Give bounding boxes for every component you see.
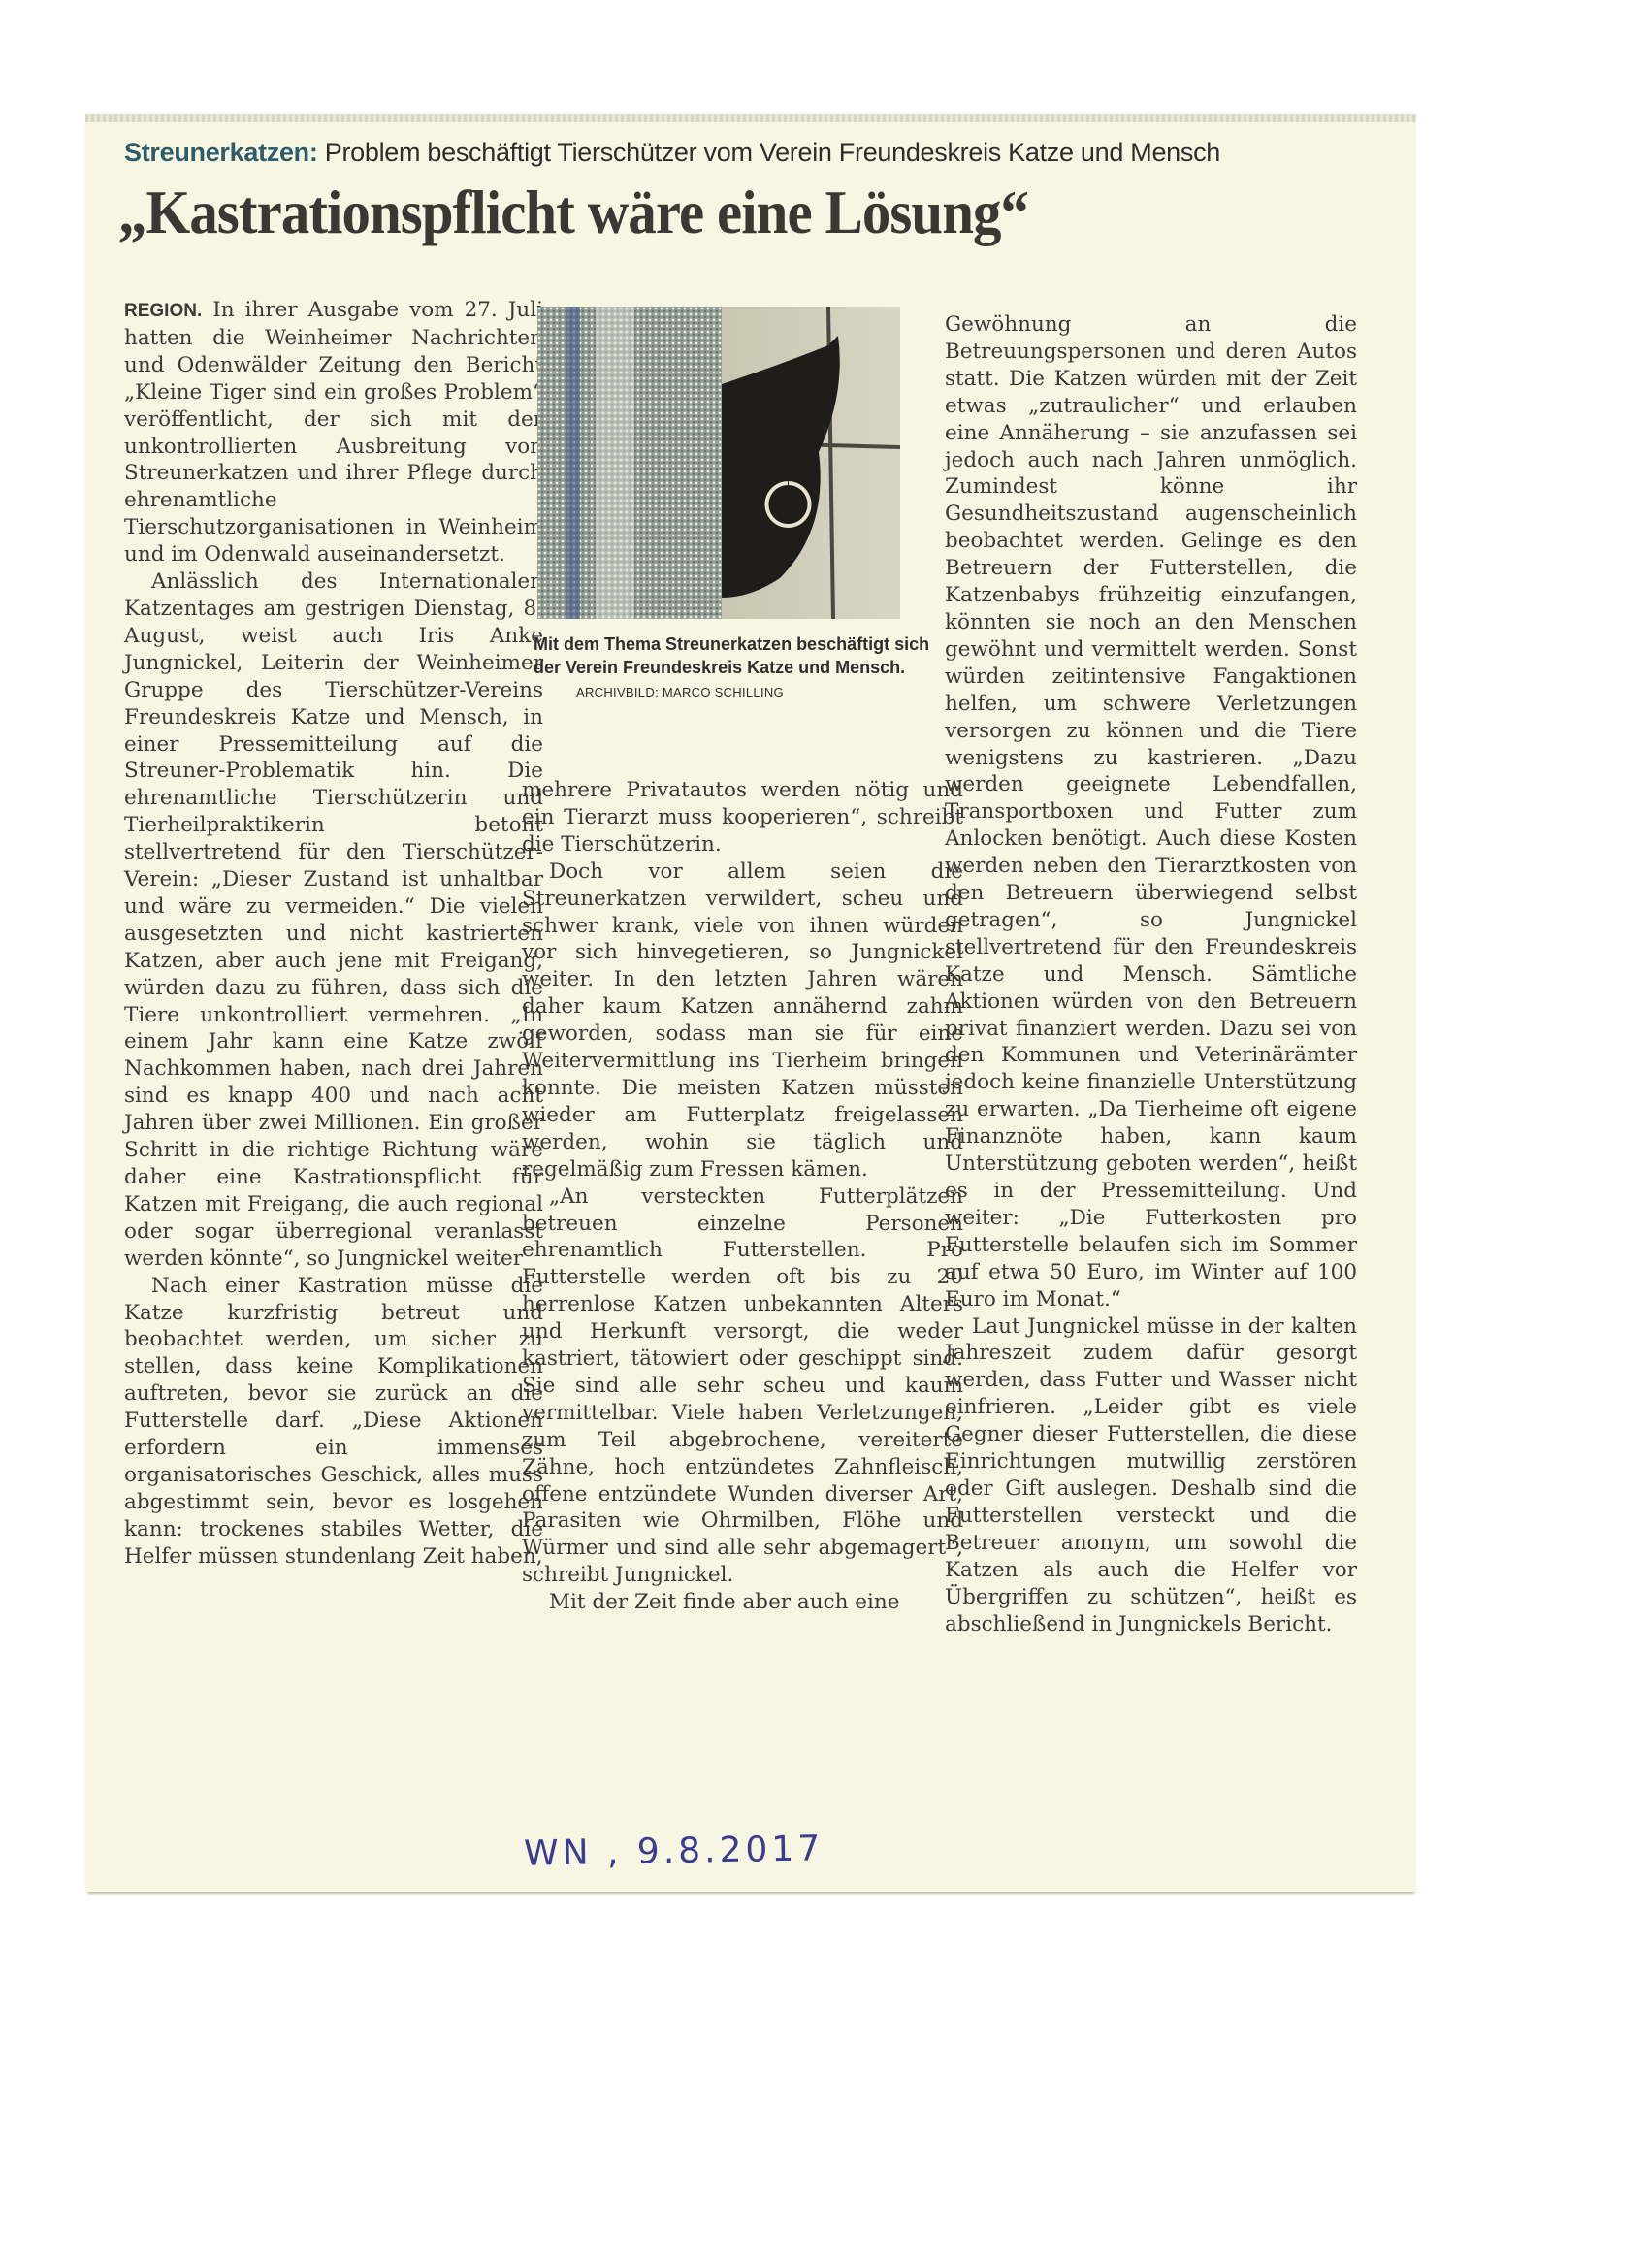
paragraph: „An versteckten Futterplätzen betreuen e… [522, 1183, 963, 1590]
kicker-text: Problem beschäftigt Tierschützer vom Ver… [325, 138, 1220, 167]
kicker-line: Streunerkatzen: Problem beschäftigt Tier… [124, 138, 1220, 168]
paragraph: Mit der Zeit finde aber auch eine [522, 1589, 963, 1616]
article-column-1: REGION. In ihrer Ausgabe vom 27. Juli ha… [124, 297, 543, 1571]
paragraph: Gewöhnung an die Betreuungspersonen und … [945, 311, 1357, 1313]
paragraph: Nach einer Kastration müsse die Katze ku… [124, 1273, 543, 1571]
photo-caption: Mit dem Thema Streunerkatzen beschäftigt… [533, 632, 941, 704]
paragraph: mehrere Privatautos werden nötig und ein… [522, 777, 963, 859]
photo-credit: ARCHIVBILD: MARCO SCHILLING [576, 685, 784, 699]
article-column-3: Gewöhnung an die Betreuungspersonen und … [945, 311, 1357, 1637]
dateline: REGION. [124, 301, 202, 321]
kicker-tag: Streunerkatzen: [124, 138, 318, 167]
torn-top-edge [85, 114, 1416, 122]
paragraph: Doch vor allem seien die Streunerkatzen … [522, 859, 963, 1183]
paragraph: REGION. In ihrer Ausgabe vom 27. Juli ha… [124, 297, 543, 568]
headline: „Kastrationspflicht wäre eine Lösung“ [118, 177, 1028, 248]
newspaper-clipping: Streunerkatzen: Problem beschäftigt Tier… [85, 114, 1416, 1892]
handwritten-date-note: WN , 9.8.2017 [524, 1829, 824, 1873]
paragraph: Laut Jungnickel müsse in der kalten Jahr… [945, 1313, 1357, 1638]
paragraph: Anlässlich des Internationalen Katzentag… [124, 568, 543, 1273]
article-column-2: mehrere Privatautos werden nötig und ein… [522, 777, 963, 1616]
black-cat-photo-icon [537, 307, 900, 619]
cat-photo [537, 307, 900, 619]
